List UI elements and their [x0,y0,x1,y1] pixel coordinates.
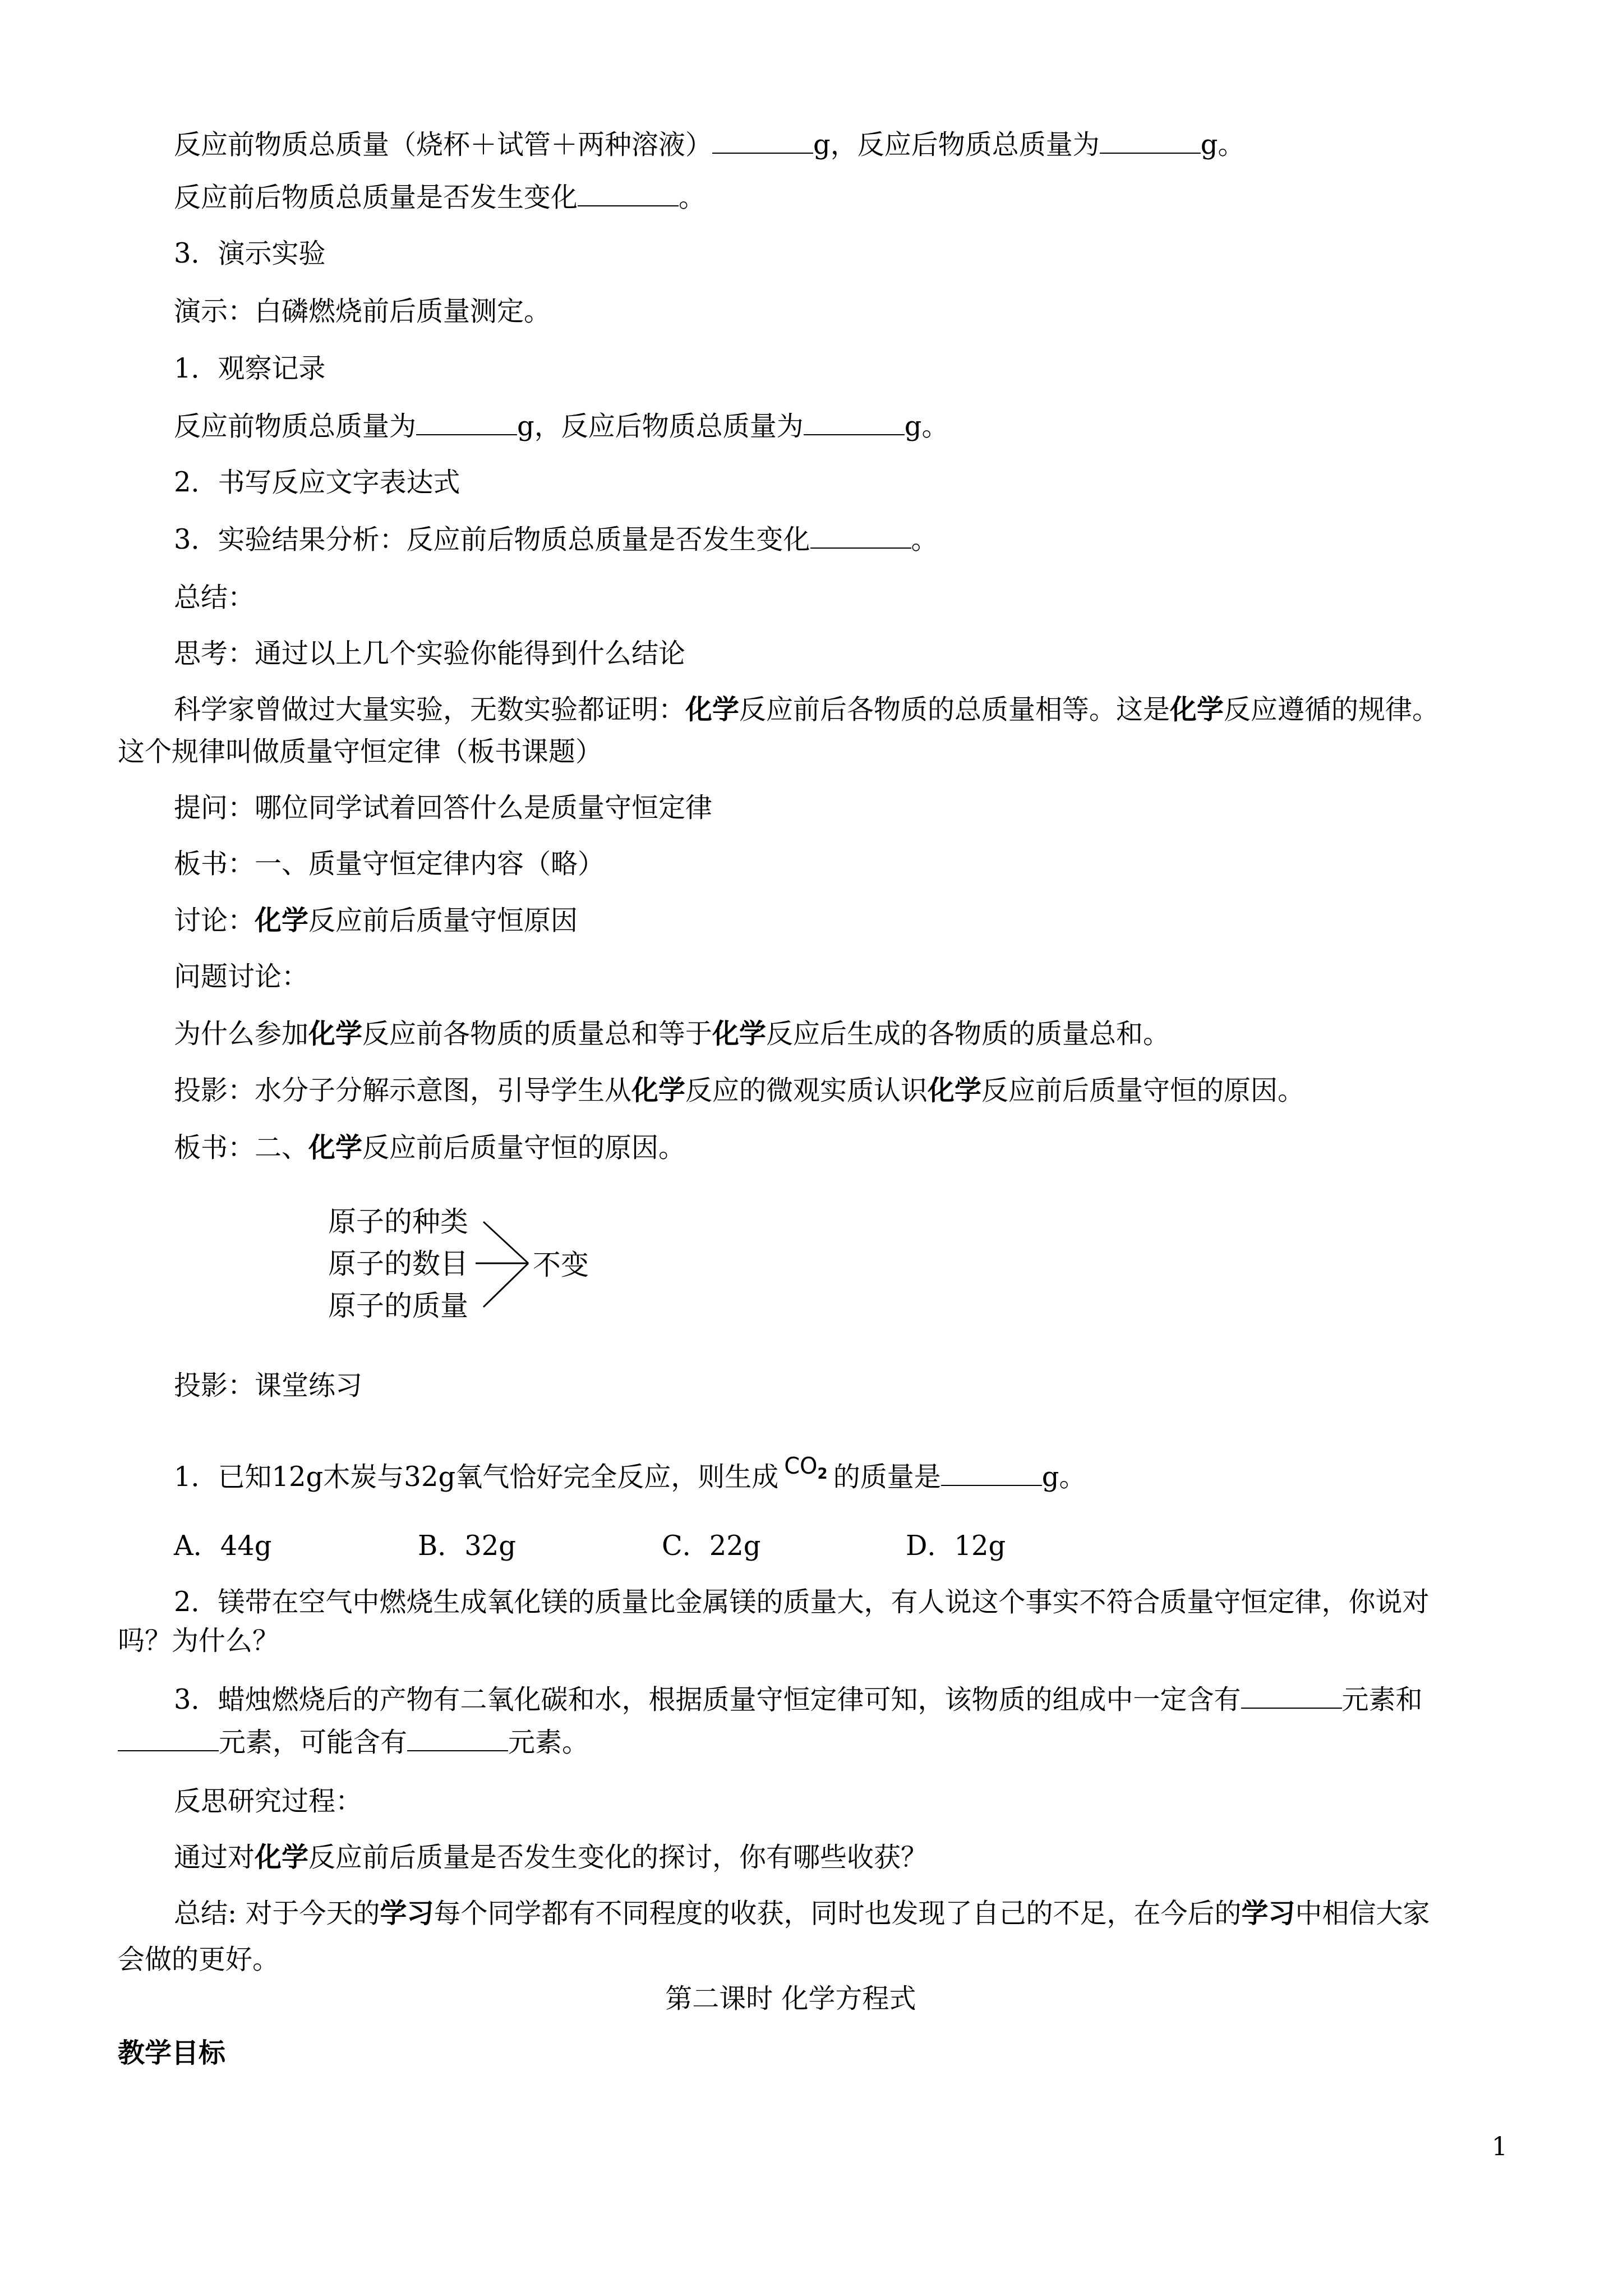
text: g，反应后物质总质量为 [813,129,1100,160]
text: 3．蜡烛燃烧后的产物有二氧化碳和水，根据质量守恒定律可知，该物质的组成中一定含有 [174,1684,1241,1715]
paragraph-board-1: 板书：一、质量守恒定律内容（略） [174,847,605,881]
paragraph-scientists: 科学家曾做过大量实验，无数实验都证明：化学反应前后各物质的总质量相等。这是化学反… [174,693,1439,726]
text: 反应前后质量是否发生变化的探讨，你有哪些收获？ [308,1842,928,1873]
bold-keyword: 化学 [255,905,308,936]
text: 反应前后各物质的总质量相等。这是 [739,694,1170,725]
section-heading: 第二课时 化学方程式 [0,1982,1581,2016]
item-write-expression: 2．书写反应文字表达式 [174,466,460,499]
paragraph-board-2: 板书：二、化学反应前后质量守恒的原因。 [174,1131,685,1165]
paragraph-discussion: 讨论：化学反应前后质量守恒原因 [174,904,578,937]
bold-keyword: 化学 [712,1018,766,1050]
exercise-1: 1．已知12g木炭与32g氧气恰好完全反应，则生成CO2的质量是g。 [174,1460,1086,1503]
option-d[interactable]: D．12g [906,1529,1006,1563]
text: 板书：二、 [174,1132,308,1163]
text: g，反应后物质总质量为 [517,411,804,442]
diagram-result-unchanged: 不变 [533,1248,589,1282]
text: 元素。 [508,1727,589,1758]
paragraph-classroom-practice: 投影：课堂练习 [174,1369,362,1402]
text: g。 [1201,129,1245,160]
text: 讨论： [174,905,255,936]
fill-blank[interactable] [810,523,911,549]
option-c[interactable]: C．22g [662,1529,761,1563]
text: 反应前物质总质量为 [174,411,416,442]
text: 科学家曾做过大量实验，无数实验都证明： [174,694,685,725]
bold-keyword: 化学 [255,1842,308,1873]
text: 为什么参加 [174,1018,308,1050]
bold-keyword: 学习 [380,1898,434,1929]
text: g。 [1042,1461,1086,1493]
bold-keyword: 学习 [1241,1898,1295,1929]
fill-blank[interactable] [1100,128,1201,154]
paragraph-mass-before-after: 反应前物质总质量为g，反应后物质总质量为g。 [174,409,948,443]
exercise-2-line-1: 2．镁带在空气中燃烧生成氧化镁的质量比金属镁的质量大，有人说这个事实不符合质量守… [174,1585,1430,1619]
section-demo-experiment: 3．演示实验 [174,237,326,270]
formula-text: CO [784,1453,817,1479]
text: 。 [679,182,706,213]
paragraph-projection-water: 投影：水分子分解示意图，引导学生从化学反应的微观实质认识化学反应前后质量守恒的原… [174,1074,1304,1107]
exercise-2-line-2: 吗？为什么？ [118,1624,279,1658]
bold-keyword: 化学 [928,1075,981,1106]
label-problem-discussion: 问题讨论： [174,960,308,993]
text: 反应前后质量守恒的原因。 [362,1132,685,1163]
label-summary: 总结： [174,581,255,614]
paragraph-question: 提问：哪位同学试着回答什么是质量守恒定律 [174,791,712,825]
text: 每个同学都有不同程度的收获，同时也发现了自己的不足，在今后的 [434,1898,1241,1929]
text: 总结: 对于今天的 [174,1898,380,1929]
fill-blank[interactable] [712,128,813,154]
option-b[interactable]: B．32g [418,1529,516,1563]
fill-blank[interactable] [1241,1683,1342,1709]
atom-conservation-diagram: 原子的种类 原子的数目 原子的质量 不变 [317,1200,608,1324]
text: 元素和 [1342,1684,1423,1715]
paragraph-total-mass-before: 反应前物质总质量（烧杯＋试管＋两种溶液）g，反应后物质总质量为g。 [174,128,1244,162]
text: 反应后生成的各物质的质量总和。 [766,1018,1170,1050]
text: 。 [911,524,938,555]
exercise-3-line-2: 元素，可能含有元素。 [118,1726,589,1759]
paragraph-final-summary: 总结: 对于今天的学习每个同学都有不同程度的收获，同时也发现了自己的不足，在今后… [174,1897,1430,1930]
paragraph-demo-phosphorus: 演示：白磷燃烧前后质量测定。 [174,295,551,328]
text: 投影：水分子分解示意图，引导学生从 [174,1075,631,1106]
text: 通过对 [174,1842,255,1873]
text: 反应前各物质的质量总和等于 [362,1018,712,1050]
exercise-3-line-1: 3．蜡烛燃烧后的产物有二氧化碳和水，根据质量守恒定律可知，该物质的组成中一定含有… [174,1683,1423,1717]
fill-blank[interactable] [407,1726,508,1751]
subheading-teaching-goals: 教学目标 [118,2036,225,2070]
label-reflection: 反思研究过程： [174,1784,362,1818]
bold-keyword: 化学 [685,694,739,725]
text: 反应遵循的规律。 [1224,694,1439,725]
text: g。 [905,411,949,442]
text: 1．已知12g木炭与32g氧气恰好完全反应，则生成 [174,1461,778,1493]
bold-keyword: 化学 [631,1075,685,1106]
fill-blank[interactable] [804,409,905,435]
paragraph-law-name: 这个规律叫做质量守恒定律（板书课题） [118,735,602,769]
item-observe-record: 1．观察记录 [174,352,326,385]
fill-blank[interactable] [578,181,679,206]
option-a[interactable]: A．44g [174,1529,271,1563]
page-number: 1 [1492,2131,1507,2164]
text: 元素，可能含有 [219,1727,407,1758]
paragraph-why: 为什么参加化学反应前各物质的质量总和等于化学反应后生成的各物质的质量总和。 [174,1017,1170,1051]
text: 反应前后质量守恒的原因。 [981,1075,1304,1106]
bold-keyword: 化学 [308,1018,362,1050]
formula-subscript: 2 [818,1466,828,1483]
bold-keyword: 化学 [308,1132,362,1163]
text: 反应的微观实质认识 [685,1075,928,1106]
paragraph-reflection-question: 通过对化学反应前后质量是否发生变化的探讨，你有哪些收获？ [174,1841,928,1874]
text: 反应前后物质总质量是否发生变化 [174,182,578,213]
item-result-analysis: 3．实验结果分析：反应前后物质总质量是否发生变化。 [174,523,938,556]
text: 反应前后质量守恒原因 [308,905,578,936]
fill-blank[interactable] [118,1726,219,1751]
fill-blank[interactable] [941,1460,1042,1486]
text: 反应前物质总质量（烧杯＋试管＋两种溶液） [174,129,712,160]
co2-formula: CO2 [784,1450,828,1491]
text: 中相信大家 [1295,1898,1430,1929]
paragraph-mass-change-question: 反应前后物质总质量是否发生变化。 [174,181,706,214]
bold-keyword: 化学 [1170,694,1224,725]
text: 3．实验结果分析：反应前后物质总质量是否发生变化 [174,524,810,555]
text: 的质量是 [833,1461,941,1493]
paragraph-final-summary-line-2: 会做的更好。 [118,1943,279,1976]
paragraph-think: 思考：通过以上几个实验你能得到什么结论 [174,637,685,670]
fill-blank[interactable] [416,409,517,435]
